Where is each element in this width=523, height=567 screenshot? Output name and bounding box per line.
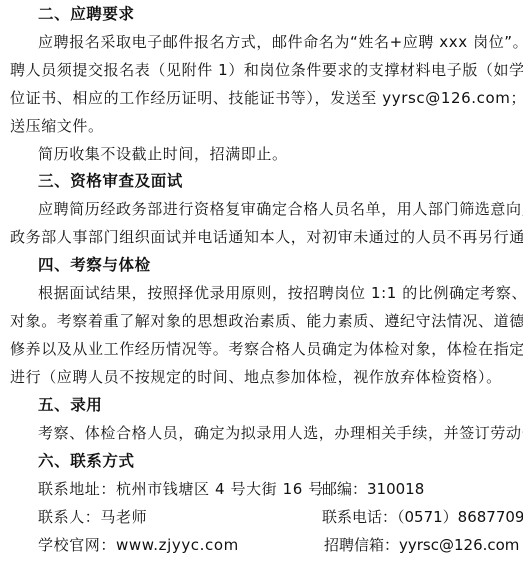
paragraph-line: 送压缩文件。 <box>10 116 104 136</box>
paragraph-line: 简历收集不设截止时间，招满即止。 <box>38 144 288 164</box>
paragraph-line: 位证书、相应的工作经历证明、技能证书等），发送至 yyrsc@126.com；请… <box>10 88 523 108</box>
paragraph-line: 聘人员须提交报名表（见附件 1）和岗位条件要求的支撑材料电子版（如学历学 <box>10 60 523 80</box>
paragraph-line: 根据面试结果，按照择优录用原则，按招聘岗位 1:1 的比例确定考察、体检 <box>38 283 523 303</box>
document-page: 二、应聘要求 应聘报名采取电子邮件报名方式，邮件命名为“姓名+应聘 xxx 岗位… <box>0 0 523 567</box>
contact-phone: 联系电话：（0571）86877094 <box>322 507 523 527</box>
contact-website[interactable]: 学校官网：www.zjyyc.com <box>38 535 239 555</box>
section-heading-qualification: 三、资格审查及面试 <box>38 171 183 191</box>
contact-postcode: 邮编：310018 <box>322 479 424 499</box>
contact-address: 联系地址：杭州市钱塘区 4 号大街 16 号 <box>38 479 324 499</box>
section-heading-contact: 六、联系方式 <box>38 451 135 471</box>
paragraph-line: 应聘报名采取电子邮件报名方式，邮件命名为“姓名+应聘 xxx 岗位”。应 <box>38 32 523 52</box>
paragraph-line: 修养以及从业工作经历情况等。考察合格人员确定为体检对象，体检在指定医院 <box>10 339 523 359</box>
paragraph-line: 进行（应聘人员不按规定的时间、地点参加体检，视作放弃体检资格）。 <box>10 367 502 387</box>
paragraph-line: 对象。考察着重了解对象的思想政治素质、能力素质、遵纪守法情况、道德品质 <box>10 311 523 331</box>
section-heading-requirements: 二、应聘要求 <box>38 4 135 24</box>
contact-email[interactable]: 招聘信箱：yyrsc@126.com <box>324 535 519 555</box>
paragraph-line: 考察、体检合格人员，确定为拟录用人选，办理相关手续，并签订劳动合同。 <box>38 423 523 443</box>
paragraph-line: 政务部人事部门组织面试并电话通知本人，对初审未通过的人员不再另行通知。 <box>10 227 523 247</box>
paragraph-line: 应聘简历经政务部进行资格复审确定合格人员名单，用人部门筛选意向人选， <box>38 199 523 219</box>
section-heading-inspection: 四、考察与体检 <box>38 255 151 275</box>
contact-person: 联系人：马老师 <box>38 507 147 527</box>
section-heading-hiring: 五、录用 <box>38 395 102 415</box>
